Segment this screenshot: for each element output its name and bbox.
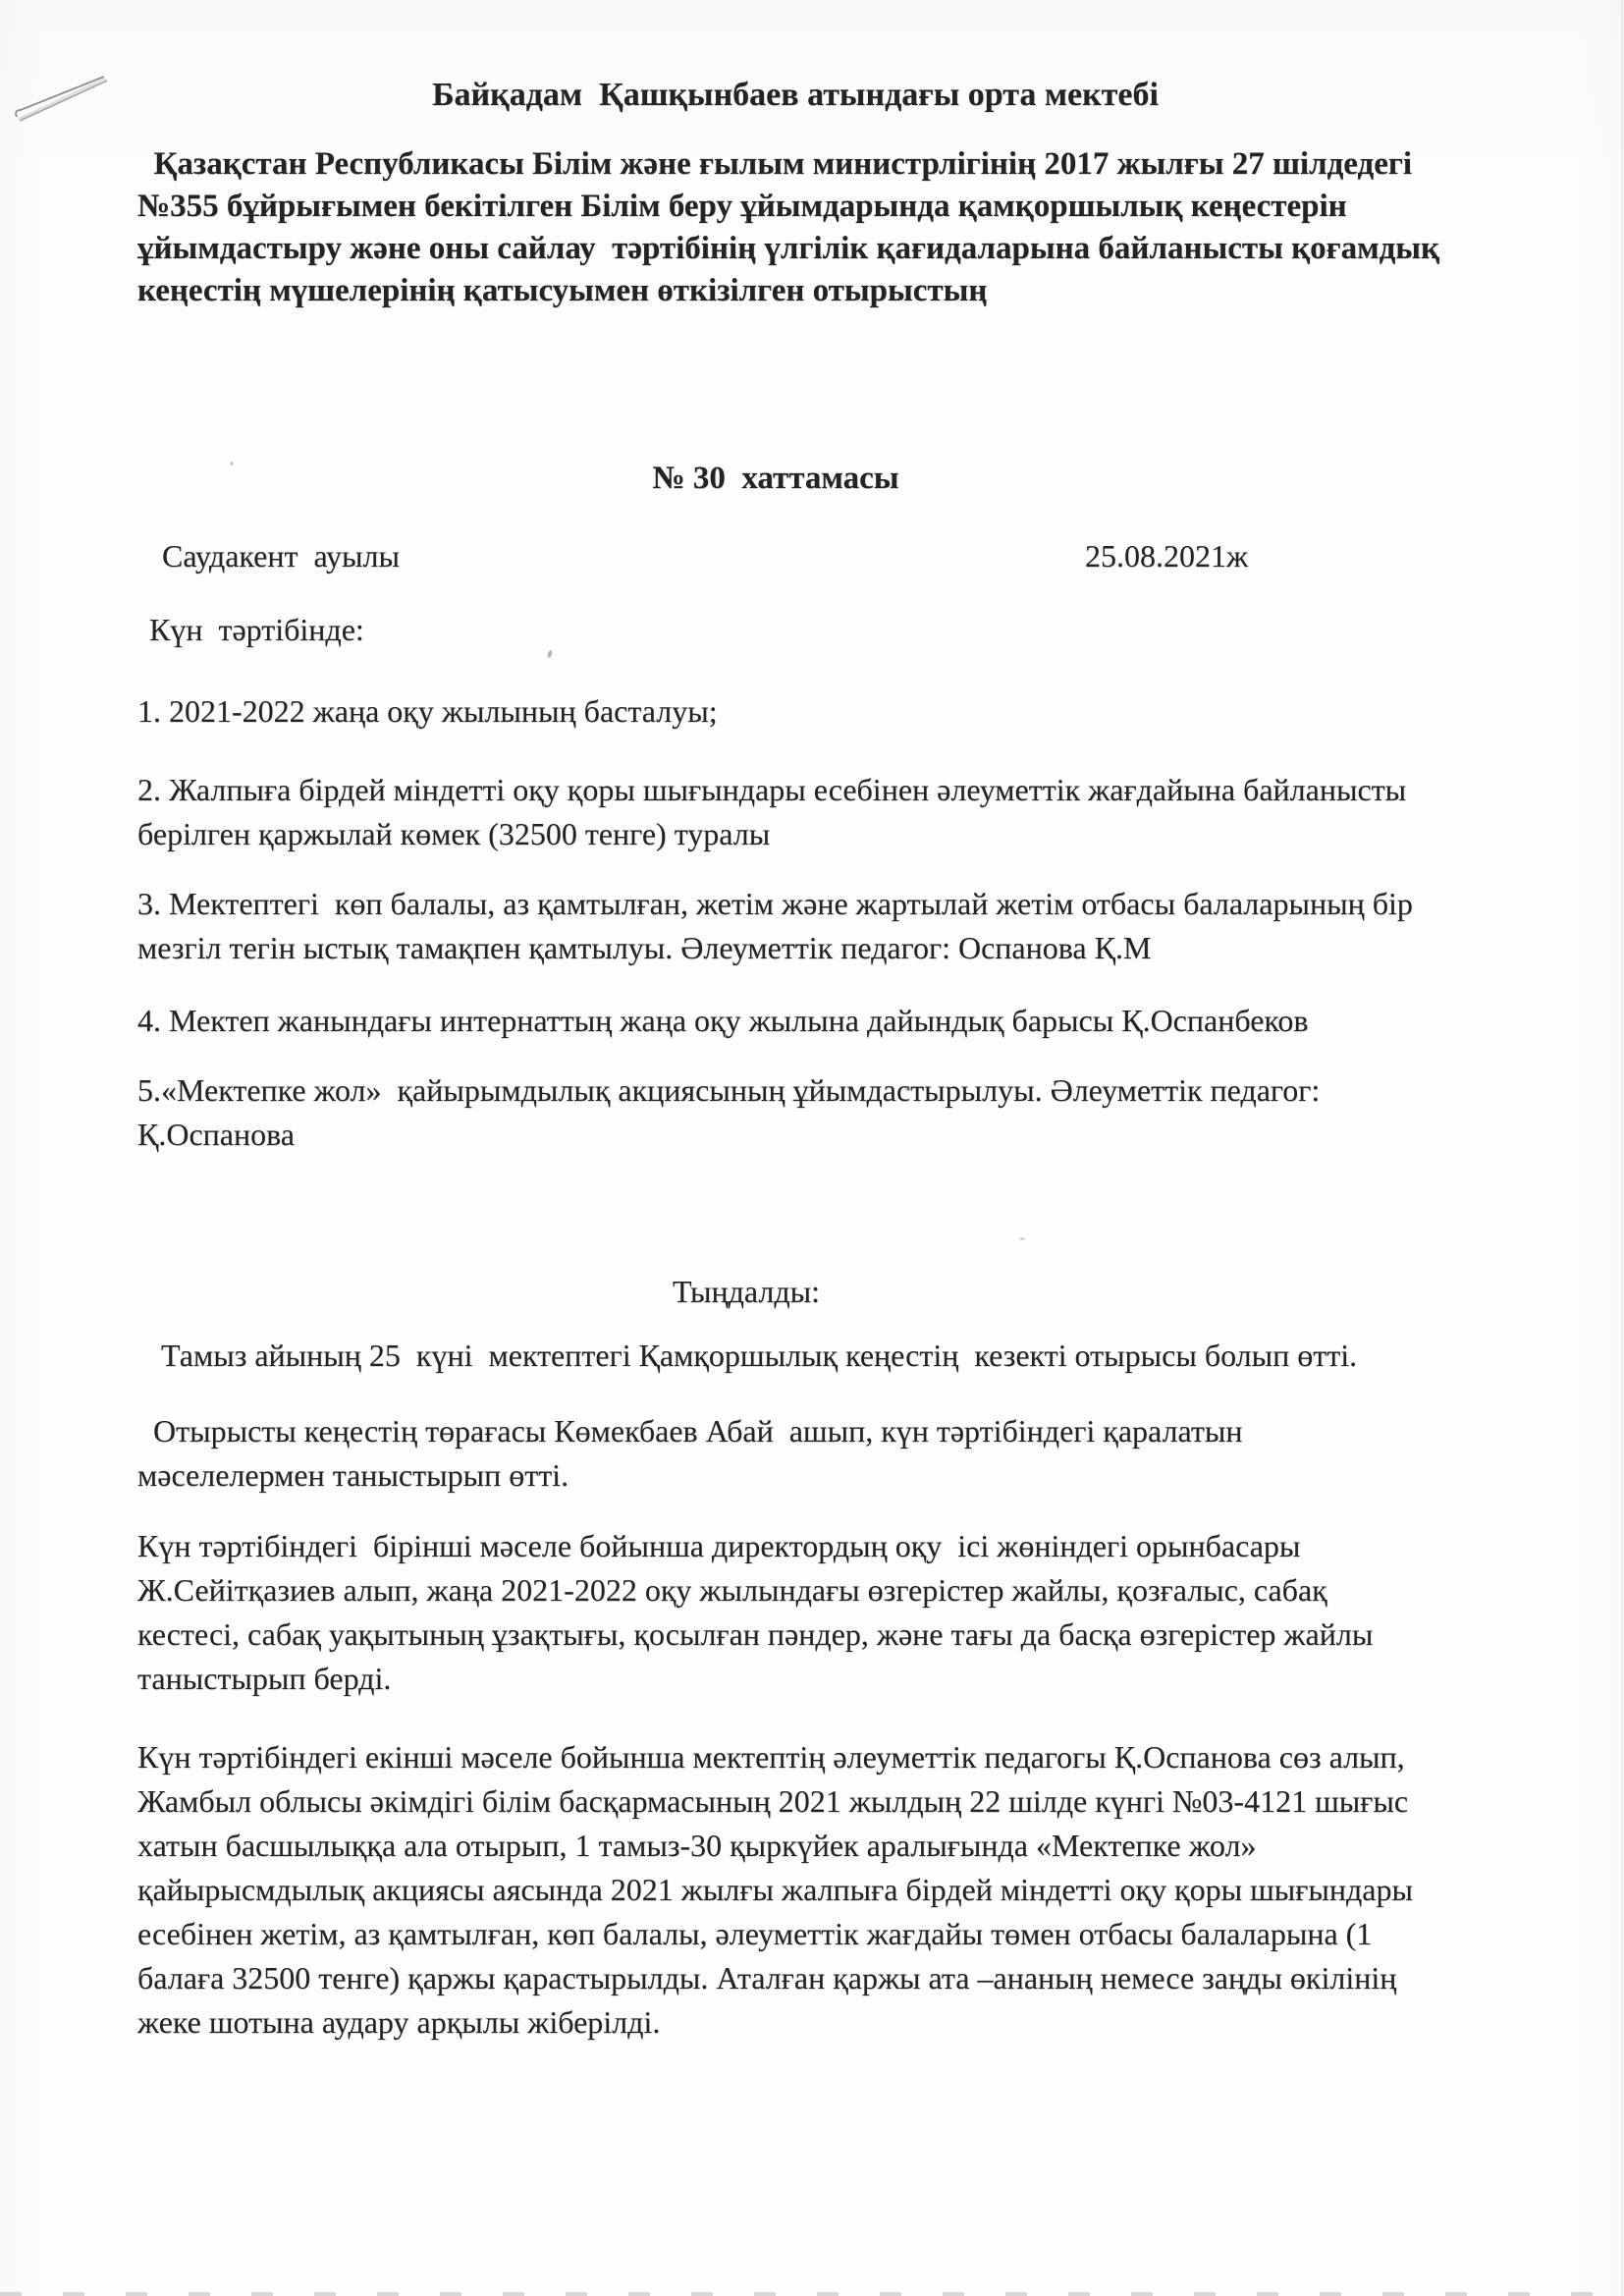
document-body: Байқадам Қашқынбаев атындағы орта мектеб… (137, 0, 1559, 2045)
body-paragraph-3: Күн тәртібіндегі бірінші мәселе бойынша … (137, 1524, 1559, 1701)
pen-stroke-artifact (0, 0, 137, 147)
body-paragraph-4: Күн тәртібіндегі екінші мәселе бойынша м… (137, 1735, 1559, 2045)
dateline: Саудакент ауылы 25.08.2021ж (137, 534, 1559, 578)
intro-paragraph: Қазақстан Республикасы Білім және ғылым … (137, 143, 1559, 312)
scanned-document-page: Байқадам Қашқынбаев атындағы орта мектеб… (0, 0, 1624, 2296)
agenda-item-5: 5.«Мектепке жол» қайырымдылық акциясының… (137, 1068, 1559, 1157)
agenda-item-3: 3. Мектептегі көп балалы, аз қамтылған, … (137, 882, 1559, 970)
ink-speck-artifact (1019, 1237, 1025, 1240)
agenda-item-1: 1. 2021-2022 жаңа оқу жылының басталуы; (137, 689, 1559, 734)
scan-edge-right-artifact (1621, 0, 1623, 2296)
agenda-heading: Күн тәртібінде: (149, 608, 1559, 652)
scan-edge-bottom-artifact (0, 2292, 1624, 2296)
body-paragraph-2: Отырысты кеңестің төрағасы Көмекбаев Аба… (137, 1409, 1559, 1498)
school-name: Байқадам Қашқынбаев атындағы орта мектеб… (137, 75, 1453, 116)
body-paragraph-1: Тамыз айының 25 күні мектептегі Қамқоршы… (137, 1334, 1559, 1378)
agenda-item-2: 2. Жалпыға бірдей міндетті оқу қоры шығы… (137, 768, 1559, 856)
protocol-date: 25.08.2021ж (1085, 534, 1248, 578)
ink-speck-artifact (230, 462, 234, 465)
agenda-item-4: 4. Мектеп жанындағы интернаттың жаңа оқу… (137, 999, 1559, 1043)
heard-heading: Тыңдалды: (137, 1270, 1355, 1314)
protocol-number: № 30 хаттамасы (137, 458, 1414, 499)
ink-speck-artifact (905, 1086, 910, 1091)
place-name: Саудакент ауылы (162, 534, 400, 578)
